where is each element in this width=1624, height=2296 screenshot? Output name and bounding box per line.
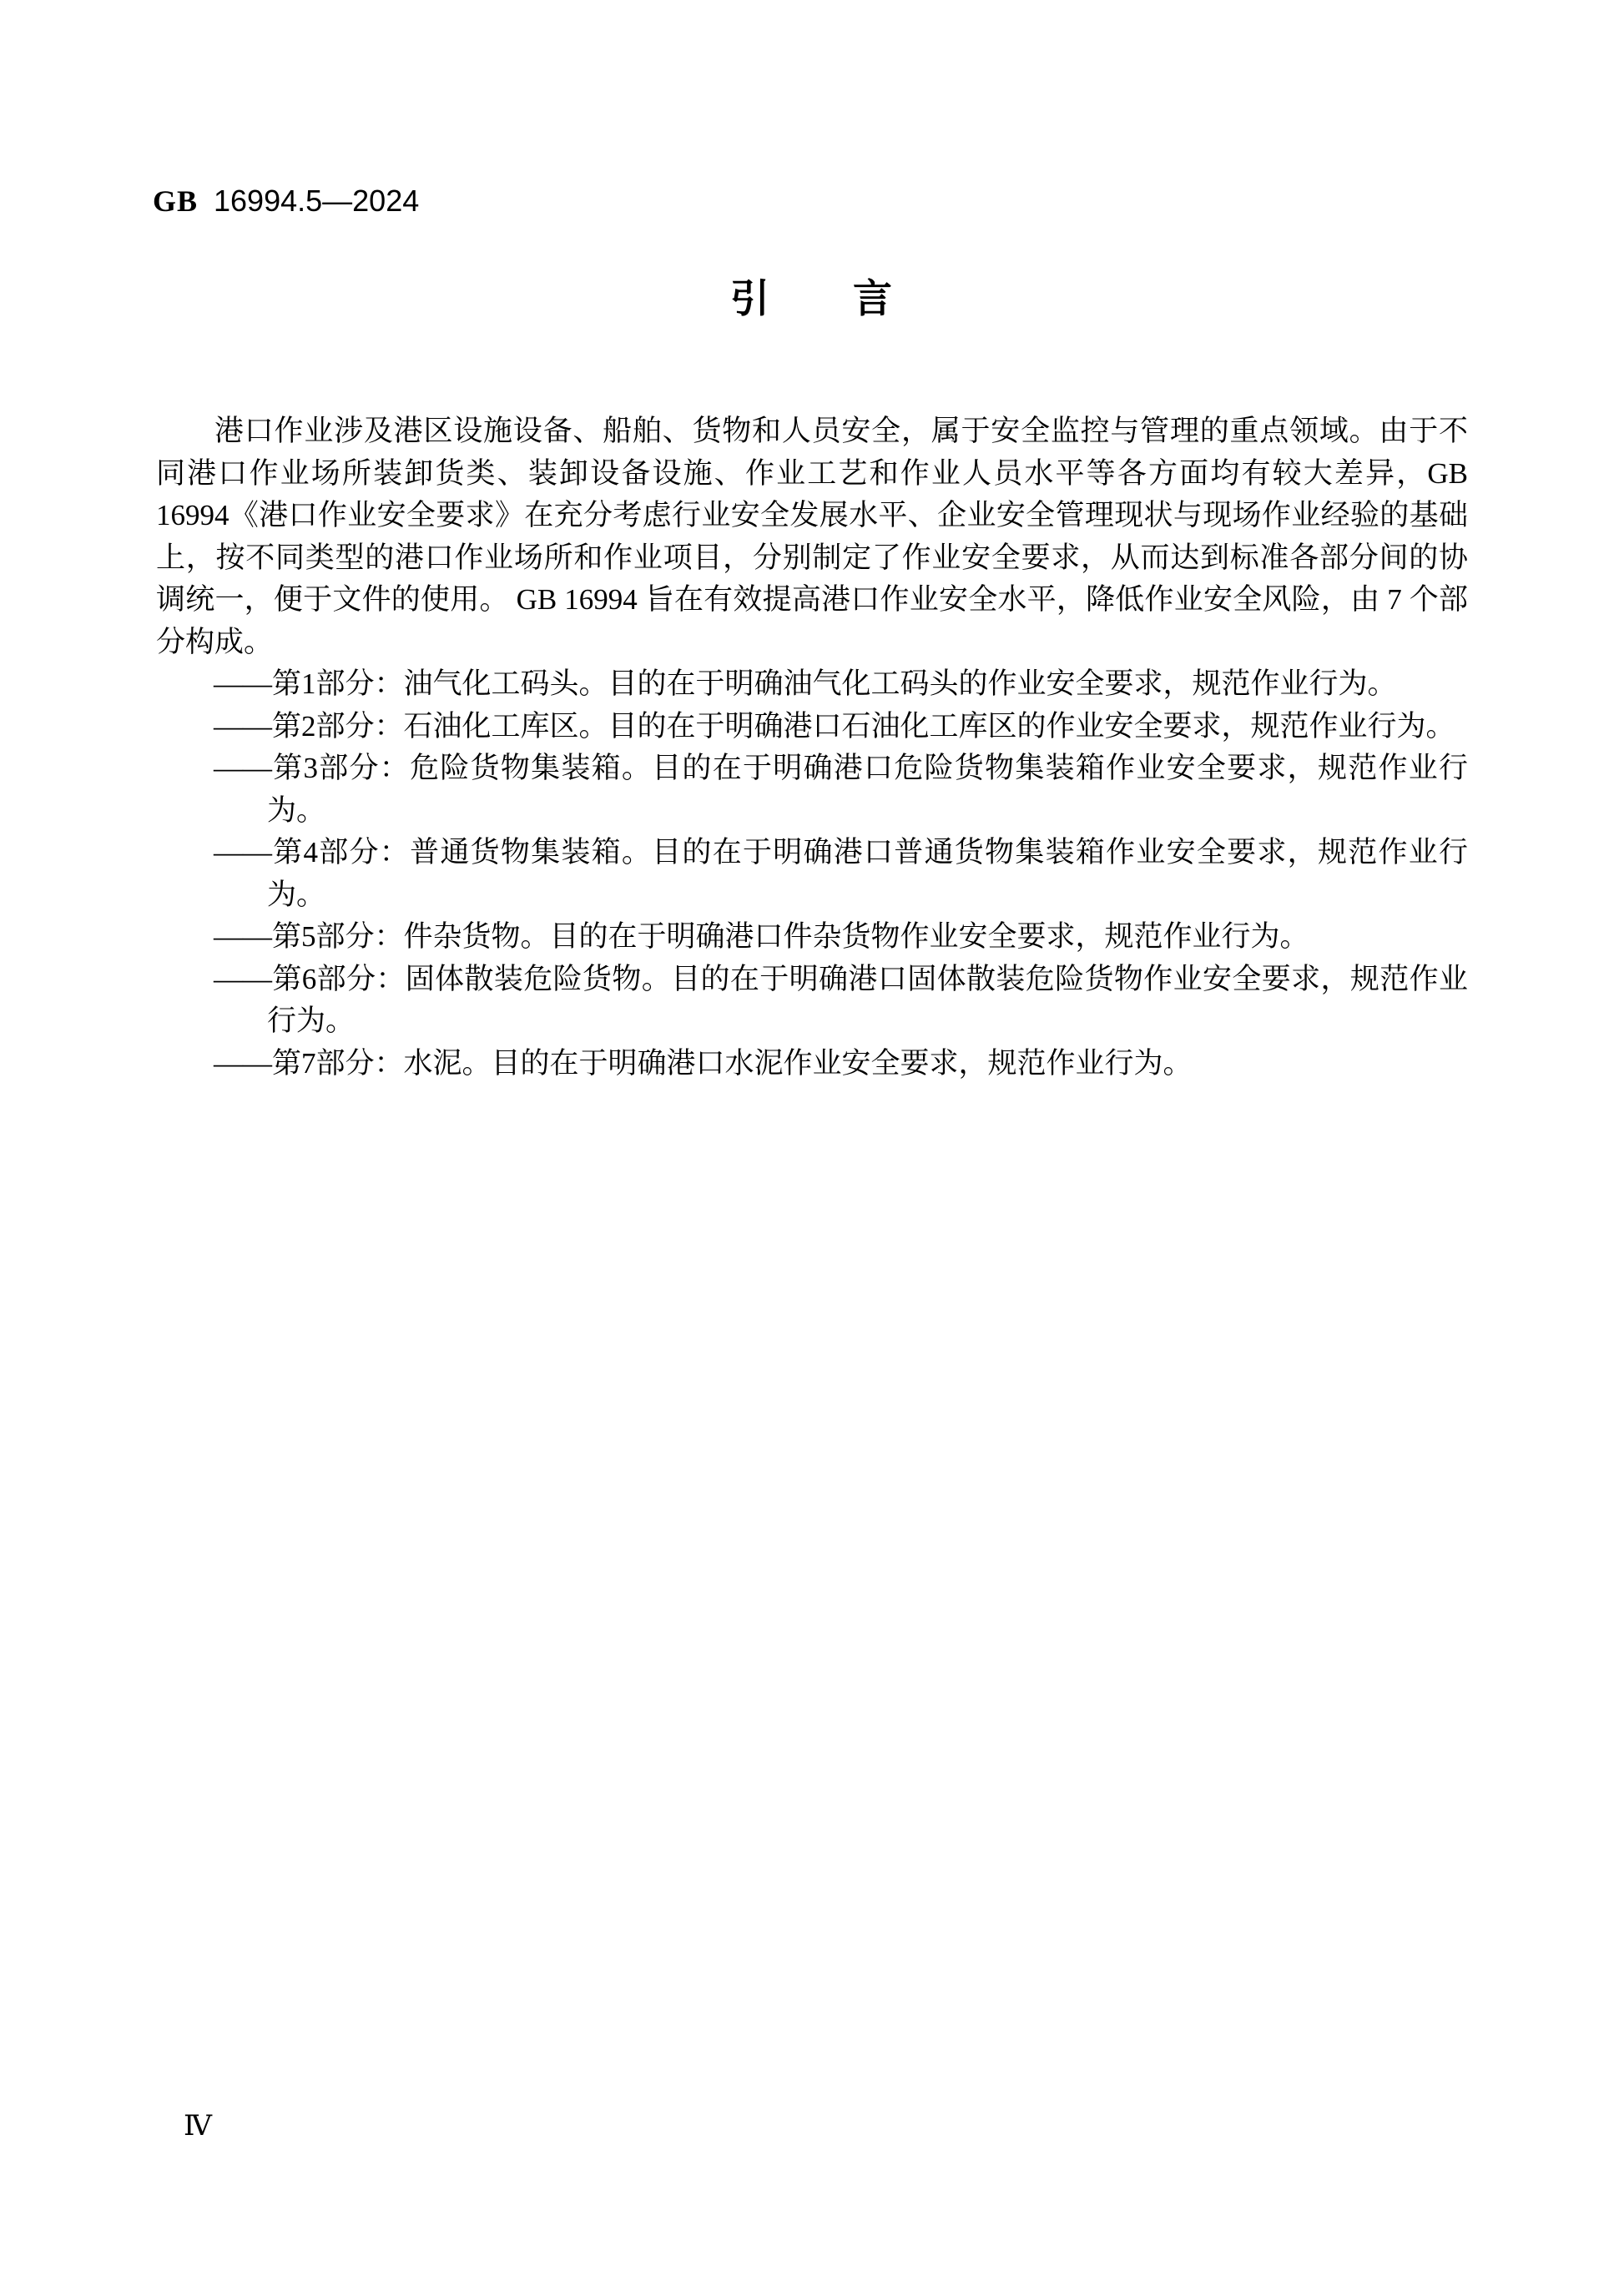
part-list-item-6: ——第6部分：固体散装危险货物。目的在于明确港口固体散装危险货物作业安全要求，规… [156,959,1468,1043]
part-list-item-1: ——第1部分：油气化工码头。目的在于明确油气化工码头的作业安全要求，规范作业行为… [156,663,1468,706]
part-list-item-5: ——第5部分：件杂货物。目的在于明确港口件杂货物作业安全要求，规范作业行为。 [156,916,1468,959]
intro-paragraph: 港口作业涉及港区设施设备、船舶、货物和人员安全，属于安全监控与管理的重点领域。由… [156,410,1468,663]
document-body: 港口作业涉及港区设施设备、船舶、货物和人员安全，属于安全监控与管理的重点领域。由… [156,410,1468,1085]
part-list-item-2: ——第2部分：石油化工库区。目的在于明确港口石油化工库区的作业安全要求，规范作业… [156,706,1468,748]
standard-code-number: 16994.5—2024 [214,184,419,218]
part-list-item-7: ——第7部分：水泥。目的在于明确港口水泥作业安全要求，规范作业行为。 [156,1043,1468,1085]
part-list-item-3: ——第3部分：危险货物集装箱。目的在于明确港口危险货物集装箱作业安全要求，规范作… [156,748,1468,832]
part-list-item-4: ——第4部分：普通货物集装箱。目的在于明确港口普通货物集装箱作业安全要求，规范作… [156,832,1468,916]
standard-number-header: GB 16994.5—2024 [153,184,419,219]
page-number: Ⅳ [184,2109,212,2142]
page-title: 引 言 [0,275,1624,322]
document-page: GB 16994.5—2024 引 言 港口作业涉及港区设施设备、船舶、货物和人… [0,0,1624,2296]
standard-code-prefix: GB [153,184,198,218]
